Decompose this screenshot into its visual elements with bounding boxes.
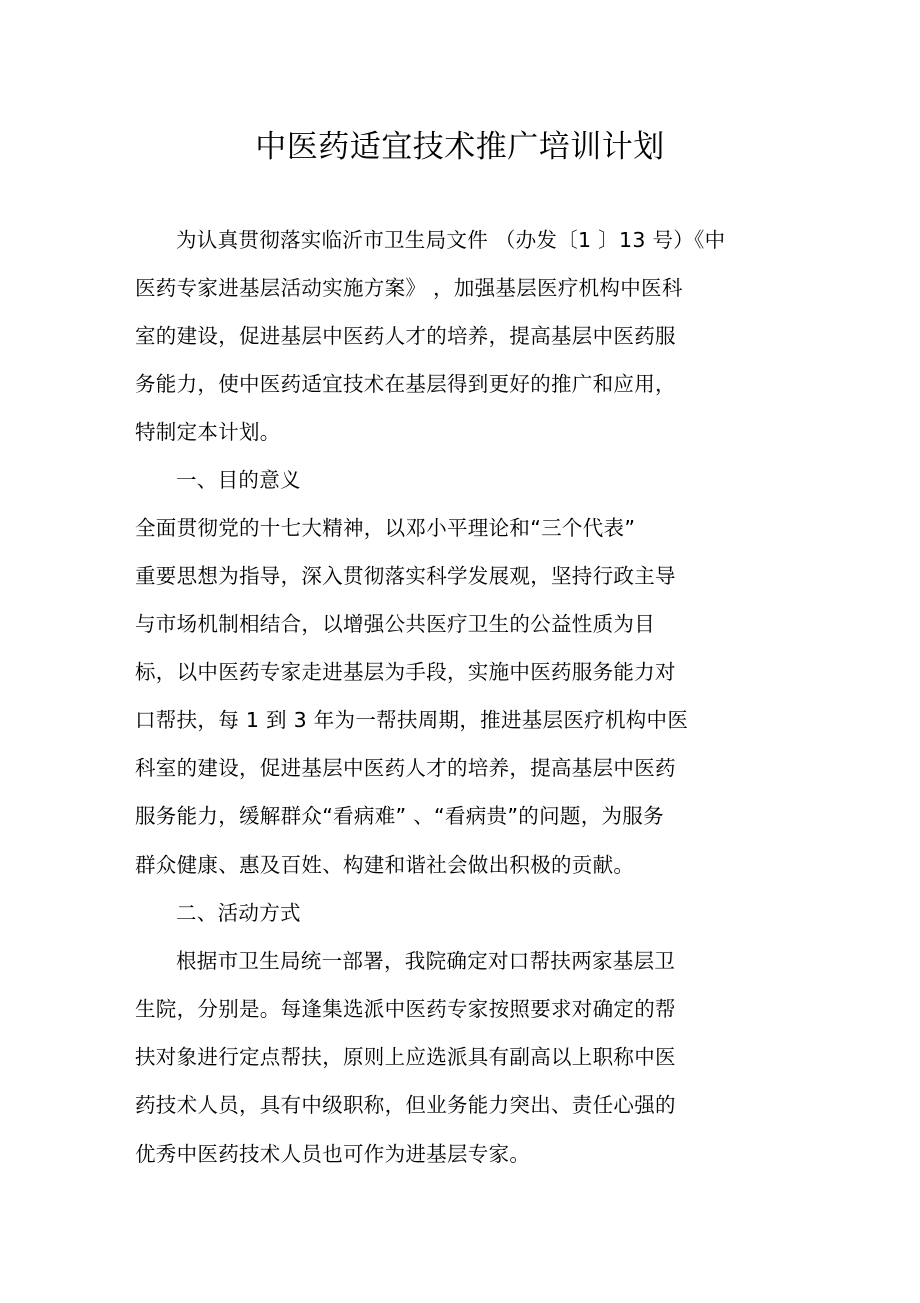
paragraph-line: 标，以中医药专家走进基层为手段，实施中医药服务能力对 <box>135 658 676 686</box>
section-heading-purpose: 一、目的意义 <box>176 466 301 494</box>
paragraph-line: 为认真贯彻落实临沂市卫生局文件 （办发〔1 〕13 号）《中 <box>176 226 725 254</box>
paragraph-line: 生院，分别是。每逢集选派中医药专家按照要求对确定的帮 <box>135 995 676 1023</box>
paragraph-line: 优秀中医药技术人员也可作为进基层专家。 <box>135 1140 530 1168</box>
paragraph-line: 室的建设，促进基层中医药人才的培养，提高基层中医药服 <box>135 322 676 350</box>
paragraph-line: 药技术人员，具有中级职称，但业务能力突出、责任心强的 <box>135 1091 676 1119</box>
paragraph-line: 医药专家进基层活动实施方案》 ，加强基层医疗机构中医科 <box>135 274 683 302</box>
paragraph-line: 务能力，使中医药适宜技术在基层得到更好的推广和应用， <box>135 370 676 398</box>
paragraph-line: 与市场机制相结合，以增强公共医疗卫生的公益性质为目 <box>135 610 655 638</box>
document-title: 中医药适宜技术推广培训计划 <box>0 127 920 167</box>
paragraph-line: 特制定本计划。 <box>135 418 281 446</box>
section-heading-method: 二、活动方式 <box>176 899 301 927</box>
paragraph-line: 服务能力，缓解群众“看病难” 、“看病贵”的问题，为服务 <box>135 802 664 830</box>
paragraph-line: 重要思想为指导，深入贯彻落实科学发展观，坚持行政主导 <box>135 562 676 590</box>
paragraph-line: 根据市卫生局统一部署，我院确定对口帮扶两家基层卫 <box>176 947 675 975</box>
paragraph-line: 全面贯彻党的十七大精神，以邓小平理论和“三个代表” <box>135 514 635 542</box>
document-page: 中医药适宜技术推广培训计划 为认真贯彻落实临沂市卫生局文件 （办发〔1 〕13 … <box>0 0 920 1303</box>
paragraph-line: 科室的建设，促进基层中医药人才的培养，提高基层中医药 <box>135 754 676 782</box>
paragraph-line: 口帮扶，每 1 到 3 年为一帮扶周期，推进基层医疗机构中医 <box>135 706 688 734</box>
paragraph-line: 群众健康、惠及百姓、构建和谐社会做出积极的贡献。 <box>135 851 634 879</box>
paragraph-line: 扶对象进行定点帮扶，原则上应选派具有副高以上职称中医 <box>135 1043 676 1071</box>
